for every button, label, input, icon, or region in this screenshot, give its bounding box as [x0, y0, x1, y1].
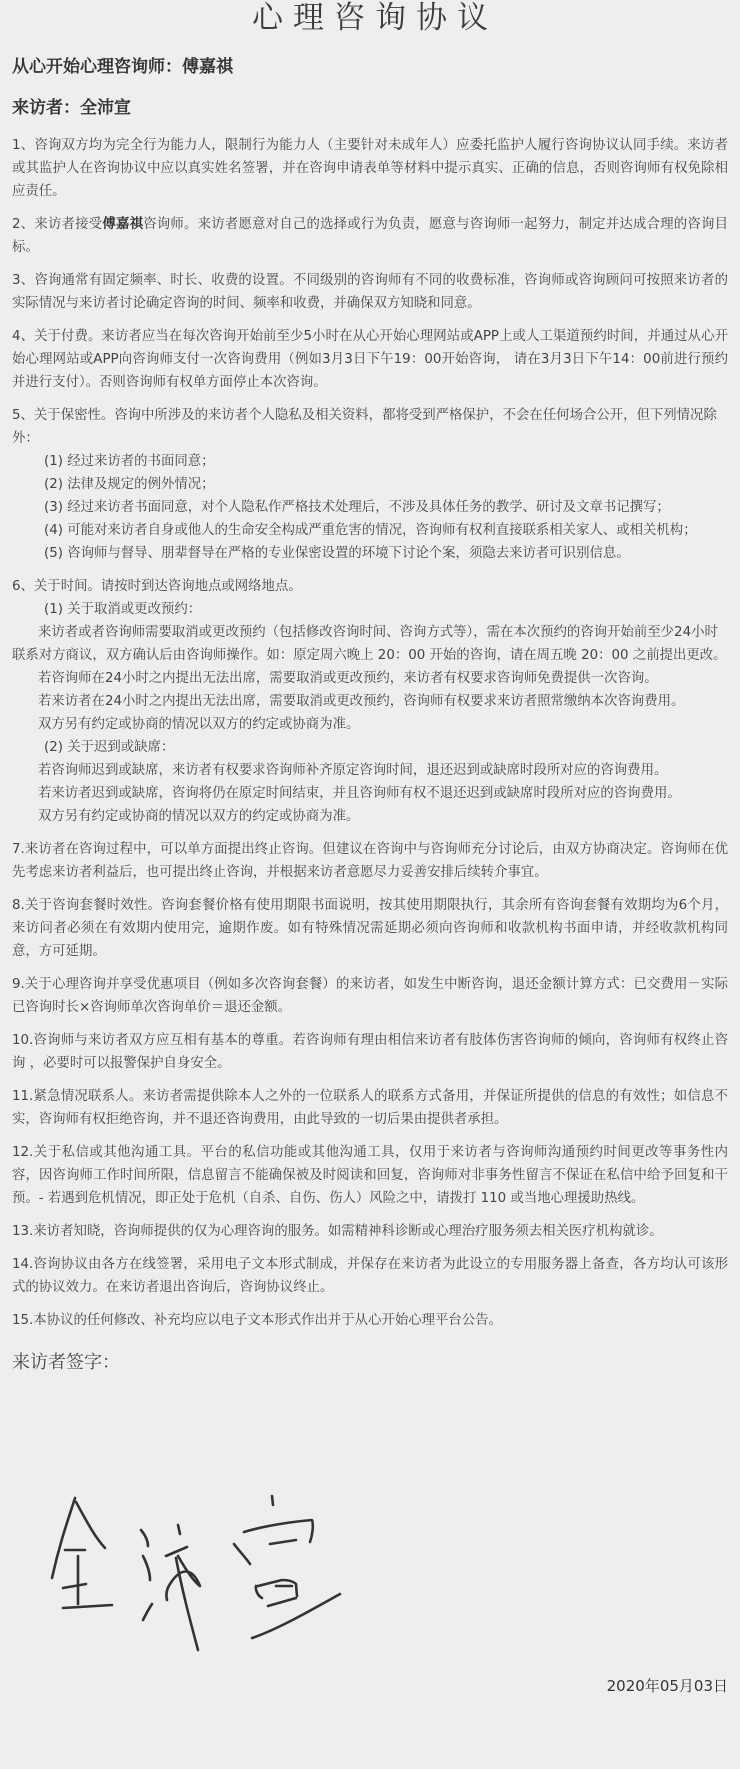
clauses-list: 1、咨询双方均为完全行为能力人，限制行为能力人（主要针对未成年人）应委托监护人履…	[12, 134, 728, 1332]
signature-date: 2020年05月03日	[607, 1675, 728, 1696]
clause-6-sub2-title: (2) 关于迟到或缺席：	[12, 736, 728, 759]
clause-6-intro: 6、关于时间。请按时到达咨询地点或网络地点。	[12, 575, 728, 598]
clause-5-item-4: (4) 可能对来访者自身或他人的生命安全构成严重危害的情况，咨询师有权利直接联系…	[12, 519, 728, 542]
clause-3: 3、咨询通常有固定频率、时长、收费的设置。不同级别的咨询师有不同的收费标准，咨询…	[12, 269, 728, 315]
handwritten-signature	[0, 1460, 370, 1660]
clause-12: 12.关于私信或其他沟通工具。平台的私信功能或其他沟通工具，仅用于来访者与咨询师…	[12, 1141, 728, 1210]
clause-10: 10.咨询师与来访者双方应互相有基本的尊重。若咨询师有理由相信来访者有肢体伤害咨…	[12, 1029, 728, 1075]
counselor-line: 从心开始心理咨询师：傅嘉祺	[12, 55, 728, 79]
clause-2-prefix: 2、来访者接受	[12, 217, 102, 232]
counselor-name: 傅嘉祺	[182, 57, 233, 77]
clause-15: 15.本协议的任何修改、补充均应以电子文本形式作出并于从心开始心理平台公告。	[12, 1309, 728, 1332]
visitor-line: 来访者：全沛宣	[12, 96, 728, 120]
clause-14: 14.咨询协议由各方在线签署，采用电子文本形式制成，并保存在来访者为此设立的专用…	[12, 1253, 728, 1299]
clause-6-sub1-line-4: 双方另有约定或协商的情况以双方的约定或协商为准。	[12, 713, 728, 736]
clause-5-item-3: (3) 经过来访者书面同意，对个人隐私作严格技术处理后，不涉及具体任务的教学、研…	[12, 496, 728, 519]
clause-6-sub2-line-3: 双方另有约定或协商的情况以双方的约定或协商为准。	[12, 805, 728, 828]
clause-8: 8.关于咨询套餐时效性。咨询套餐价格有使用期限书面说明，按其使用期限执行，其余所…	[12, 894, 728, 963]
agreement-page: 心理咨询协议 从心开始心理咨询师：傅嘉祺 来访者：全沛宣 1、咨询双方均为完全行…	[0, 0, 740, 1375]
clause-2-counselor-name: 傅嘉祺	[102, 217, 143, 232]
clause-5-item-2: (2) 法律及规定的例外情况；	[12, 473, 728, 496]
clause-2: 2、来访者接受傅嘉祺咨询师。来访者愿意对自己的选择或行为负责，愿意与咨询师一起努…	[12, 213, 728, 259]
counselor-label: 从心开始心理咨询师：	[12, 57, 182, 77]
clause-13: 13.来访者知晓，咨询师提供的仅为心理咨询的服务。如需精神科诊断或心理治疗服务须…	[12, 1220, 728, 1243]
visitor-label: 来访者：	[12, 98, 80, 118]
clause-6-sub2-line-2: 若来访者迟到或缺席，咨询将仍在原定时间结束，并且咨询师有权不退还迟到或缺席时段所…	[12, 782, 728, 805]
visitor-name: 全沛宣	[80, 98, 131, 118]
clause-5-item-1: (1) 经过来访者的书面同意；	[12, 450, 728, 473]
clause-5-intro: 5、关于保密性。咨询中所涉及的来访者个人隐私及相关资料，都将受到严格保护，不会在…	[12, 404, 728, 450]
clause-6-sub1-title: (1) 关于取消或更改预约：	[12, 598, 728, 621]
clause-7: 7.来访者在咨询过程中，可以单方面提出终止咨询。但建议在咨询中与咨询师充分讨论后…	[12, 838, 728, 884]
clause-11: 11.紧急情况联系人。来访者需提供除本人之外的一位联系人的联系方式备用，并保证所…	[12, 1085, 728, 1131]
clause-6-sub1-line-1: 来访者或者咨询师需要取消或更改预约（包括修改咨询时间、咨询方式等），需在本次预约…	[12, 621, 728, 667]
clause-6-sub1-line-3: 若来访者在24小时之内提出无法出席，需要取消或更改预约，咨询师有权要求来访者照常…	[12, 690, 728, 713]
clause-9: 9.关于心理咨询并享受优惠项目（例如多次咨询套餐）的来访者，如发生中断咨询，退还…	[12, 973, 728, 1019]
clause-5-item-5: (5) 咨询师与督导、朋辈督导在严格的专业保密设置的环境下讨论个案，须隐去来访者…	[12, 542, 728, 565]
clause-6: 6、关于时间。请按时到达咨询地点或网络地点。 (1) 关于取消或更改预约： 来访…	[12, 575, 728, 828]
page-title: 心理咨询协议	[12, 0, 728, 38]
clause-1: 1、咨询双方均为完全行为能力人，限制行为能力人（主要针对未成年人）应委托监护人履…	[12, 134, 728, 203]
clause-5: 5、关于保密性。咨询中所涉及的来访者个人隐私及相关资料，都将受到严格保护，不会在…	[12, 404, 728, 565]
clause-6-sub1-line-2: 若咨询师在24小时之内提出无法出席，需要取消或更改预约，来访者有权要求咨询师免费…	[12, 667, 728, 690]
signature-label: 来访者签字：	[12, 1351, 728, 1375]
clause-4: 4、关于付费。来访者应当在每次咨询开始前至少5小时在从心开始心理网站或APP上或…	[12, 325, 728, 394]
clause-6-sub2-line-1: 若咨询师迟到或缺席，来访者有权要求咨询师补齐原定咨询时间，退还迟到或缺席时段所对…	[12, 759, 728, 782]
